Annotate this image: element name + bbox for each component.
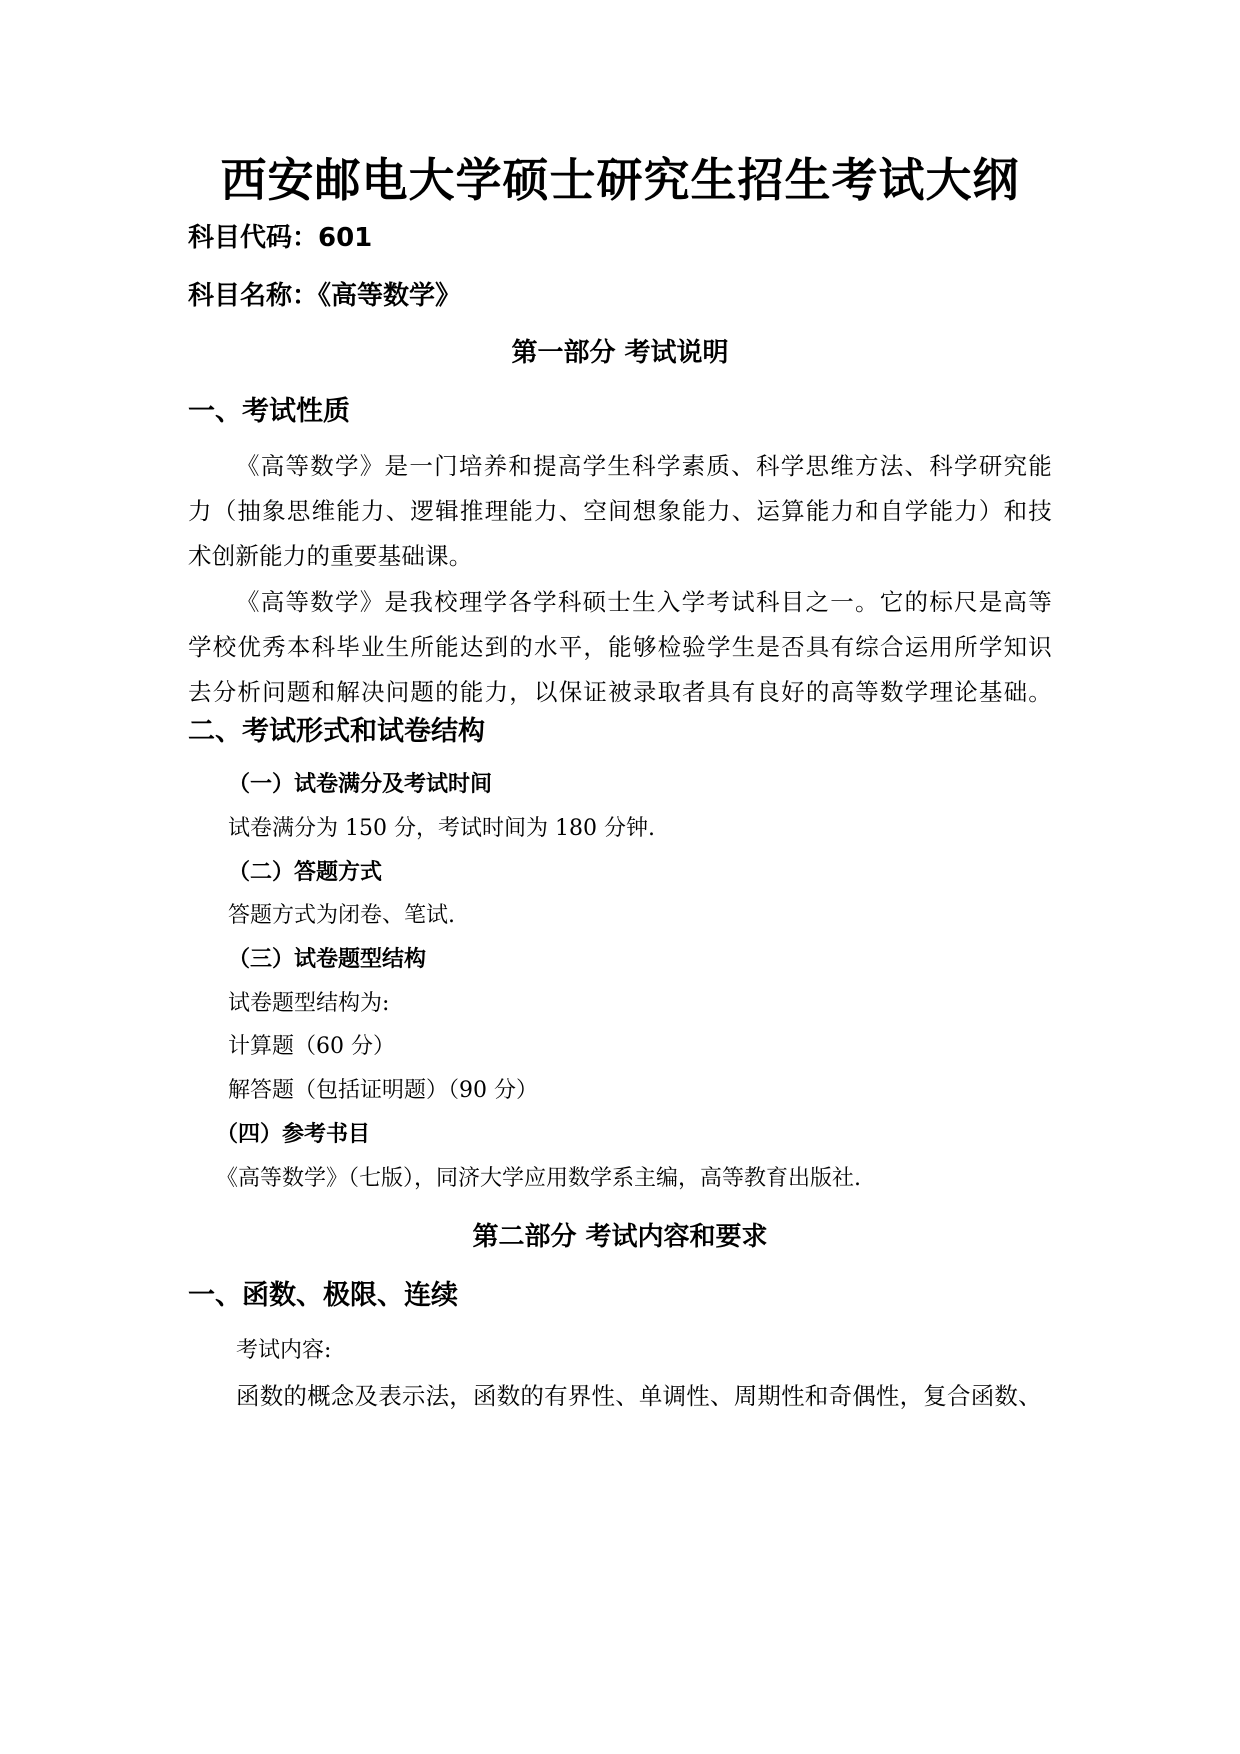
paragraph-line: 术创新能力的重要基础课。 [188,541,1052,571]
question-structure-line: 试卷题型结构为: [228,989,389,1019]
reference-book-text: 《高等数学》（七版），同济大学应用数学系主编，高等教育出版社. [216,1164,861,1194]
sub-heading-answer-method: （二）答题方式 [228,858,382,888]
paragraph-line: 力（抽象思维能力、逻辑推理能力、空间想象能力、运算能力和自学能力）和技 [188,496,1052,526]
content-label: 考试内容: [236,1336,331,1366]
section-exam-nature-heading: 一、考试性质 [188,394,350,430]
sub-heading-question-structure: （三）试卷题型结构 [228,945,426,975]
subject-code: 科目代码：601 [188,221,372,255]
section-functions-limits-heading: 一、函数、极限、连续 [188,1278,458,1314]
paragraph-line: 学校优秀本科毕业生所能达到的水平，能够检验学生是否具有综合运用所学知识 [188,632,1052,662]
score-time-text: 试卷满分为 150 分，考试时间为 180 分钟. [228,814,655,844]
question-structure-line: 计算题（60 分） [228,1032,395,1062]
paragraph-line: 去分析问题和解决问题的能力，以保证被录取者具有良好的高等数学理论基础。 [188,677,1052,707]
part1-heading: 第一部分 考试说明 [0,336,1240,370]
sub-heading-reference-books: （四）参考书目 [216,1120,370,1150]
question-structure-line: 解答题（包括证明题）（90 分） [228,1076,538,1106]
document-title: 西安邮电大学硕士研究生招生考试大纲 [0,152,1240,208]
subject-name: 科目名称：《高等数学》 [188,279,461,313]
part2-heading: 第二部分 考试内容和要求 [0,1220,1240,1254]
section-exam-format-heading: 二、考试形式和试卷结构 [188,714,485,750]
sub-heading-score-time: （一）试卷满分及考试时间 [228,770,492,800]
document-page: 西安邮电大学硕士研究生招生考试大纲 科目代码：601 科目名称：《高等数学》 第… [0,0,1240,1754]
paragraph-line: 《高等数学》是我校理学各学科硕士生入学考试科目之一。它的标尺是高等 [236,587,1052,617]
paragraph-line: 《高等数学》是一门培养和提高学生科学素质、科学思维方法、科学研究能 [236,451,1052,481]
content-line: 函数的概念及表示法，函数的有界性、单调性、周期性和奇偶性，复合函数、 [236,1381,1052,1411]
answer-method-text: 答题方式为闭卷、笔试. [228,901,455,931]
